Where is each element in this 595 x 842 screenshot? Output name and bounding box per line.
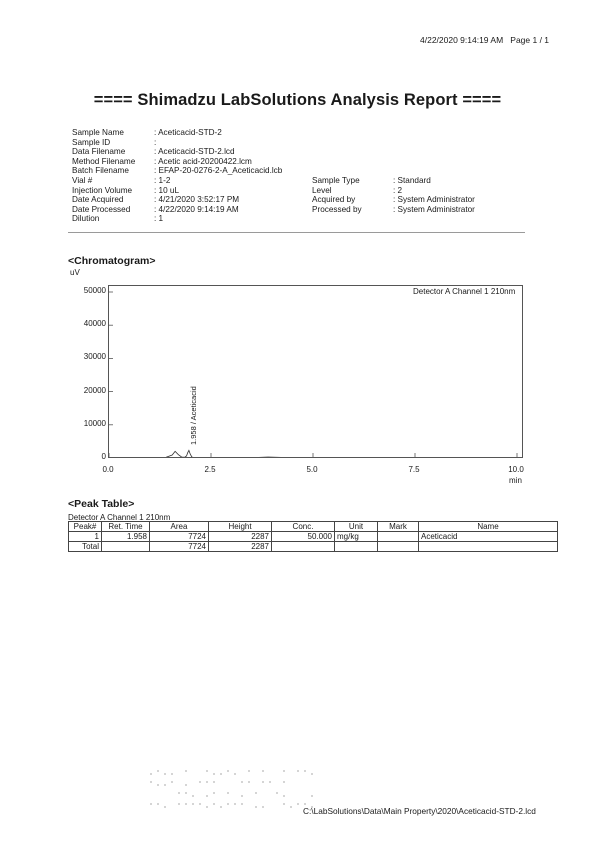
sample-info-right: Sample Type: StandardLevel: 2Acquired by… (312, 176, 475, 214)
print-timestamp-header: 4/22/2020 9:14:19 AM Page 1 / 1 (420, 35, 549, 45)
info-label: Sample ID (72, 138, 154, 148)
info-value: : Aceticacid-STD-2 (154, 128, 222, 138)
watermark-dot (262, 806, 264, 808)
info-row: Injection Volume: 10 uL (72, 186, 282, 196)
info-row: Sample ID: (72, 138, 282, 148)
watermark-dot (213, 781, 215, 783)
detector-label: Detector A Channel 1 210nm (413, 287, 515, 296)
watermark-dot (199, 803, 201, 805)
divider (68, 232, 525, 233)
info-row: Level: 2 (312, 186, 475, 196)
peak-table-heading: <Peak Table> (68, 498, 134, 510)
info-row: Sample Type: Standard (312, 176, 475, 186)
y-tick-label: 50000 (66, 286, 106, 295)
x-tick-label: 2.5 (204, 465, 215, 474)
watermark-dot (164, 773, 166, 775)
table-cell: Aceticacid (419, 532, 558, 542)
info-label: Sample Type (312, 176, 393, 186)
watermark-dot (206, 770, 208, 772)
watermark-dot (255, 806, 257, 808)
info-label: Level (312, 186, 393, 196)
watermark-dots (150, 770, 320, 818)
table-cell: 50.000 (272, 532, 335, 542)
y-tick-label: 40000 (66, 319, 106, 328)
info-value: : Aceticacid-STD-2.lcd (154, 147, 235, 157)
column-header: Unit (335, 522, 378, 532)
peak-table: Peak#Ret. TimeAreaHeightConc.UnitMarkNam… (68, 521, 558, 552)
watermark-dot (171, 781, 173, 783)
table-cell: 2287 (209, 532, 272, 542)
chromatogram-trace (109, 286, 522, 457)
watermark-dot (255, 792, 257, 794)
info-label: Data Filename (72, 147, 154, 157)
info-label: Processed by (312, 205, 393, 215)
watermark-dot (199, 781, 201, 783)
y-axis-unit: uV (70, 268, 80, 277)
info-row: Vial #: 1-2 (72, 176, 282, 186)
watermark-dot (164, 784, 166, 786)
x-tick-label: 10.0 (508, 465, 524, 474)
table-cell: Total (69, 542, 102, 552)
column-header: Mark (378, 522, 419, 532)
info-label: Sample Name (72, 128, 154, 138)
total-row: Total77242287 (69, 542, 558, 552)
table-cell: 1 (69, 532, 102, 542)
watermark-dot (185, 792, 187, 794)
info-value: : 2 (393, 186, 402, 196)
watermark-dot (157, 784, 159, 786)
info-row: Date Acquired: 4/21/2020 3:52:17 PM (72, 195, 282, 205)
y-tick-label: 20000 (66, 386, 106, 395)
info-row: Processed by: System Administrator (312, 205, 475, 215)
y-tick-label: 30000 (66, 352, 106, 361)
info-label: Date Acquired (72, 195, 154, 205)
table-cell (378, 542, 419, 552)
info-label: Injection Volume (72, 186, 154, 196)
column-header: Peak# (69, 522, 102, 532)
info-row: Acquired by: System Administrator (312, 195, 475, 205)
watermark-dot (157, 770, 159, 772)
watermark-dot (213, 773, 215, 775)
info-value: : 1-2 (154, 176, 170, 186)
chromatogram-heading: <Chromatogram> (68, 255, 156, 267)
watermark-dot (227, 803, 229, 805)
watermark-dot (178, 803, 180, 805)
watermark-dot (297, 770, 299, 772)
table-cell: 1.958 (102, 532, 150, 542)
column-header: Area (150, 522, 209, 532)
info-value: : 1 (154, 214, 163, 224)
watermark-dot (150, 803, 152, 805)
watermark-dot (283, 770, 285, 772)
watermark-dot (157, 803, 159, 805)
table-cell: 2287 (209, 542, 272, 552)
info-label: Method Filename (72, 157, 154, 167)
peak-table-header: Peak#Ret. TimeAreaHeightConc.UnitMarkNam… (69, 522, 558, 532)
watermark-dot (241, 781, 243, 783)
watermark-dot (248, 781, 250, 783)
watermark-dot (276, 792, 278, 794)
watermark-dot (234, 803, 236, 805)
watermark-dot (262, 781, 264, 783)
info-value: : EFAP-20-0276-2-A_Aceticacid.lcb (154, 166, 282, 176)
watermark-dot (192, 803, 194, 805)
watermark-dot (304, 803, 306, 805)
column-header: Height (209, 522, 272, 532)
table-cell: 7724 (150, 542, 209, 552)
watermark-dot (220, 773, 222, 775)
print-timestamp: 4/22/2020 9:14:19 AM (420, 35, 503, 45)
info-label: Vial # (72, 176, 154, 186)
info-row: Sample Name: Aceticacid-STD-2 (72, 128, 282, 138)
watermark-dot (304, 770, 306, 772)
table-row: 11.9587724228750.000mg/kgAceticacid (69, 532, 558, 542)
table-cell (272, 542, 335, 552)
watermark-dot (283, 803, 285, 805)
table-cell: 7724 (150, 532, 209, 542)
info-row: Data Filename: Aceticacid-STD-2.lcd (72, 147, 282, 157)
watermark-dot (185, 770, 187, 772)
table-cell (419, 542, 558, 552)
table-cell (102, 542, 150, 552)
page-number: Page 1 / 1 (510, 35, 549, 45)
info-label: Batch Filename (72, 166, 154, 176)
watermark-dot (171, 773, 173, 775)
watermark-dot (185, 803, 187, 805)
report-title: ==== Shimadzu LabSolutions Analysis Repo… (0, 91, 595, 110)
watermark-dot (248, 770, 250, 772)
info-value: : (154, 138, 156, 148)
watermark-dot (150, 781, 152, 783)
table-cell: mg/kg (335, 532, 378, 542)
watermark-dot (227, 770, 229, 772)
table-cell (378, 532, 419, 542)
column-header: Name (419, 522, 558, 532)
x-tick-label: 0.0 (102, 465, 113, 474)
info-value: : 10 uL (154, 186, 179, 196)
info-row: Method Filename: Acetic acid-20200422.lc… (72, 157, 282, 167)
watermark-dot (283, 795, 285, 797)
watermark-dot (206, 795, 208, 797)
watermark-dot (220, 806, 222, 808)
info-label: Dilution (72, 214, 154, 224)
y-tick-label: 0 (66, 452, 106, 461)
watermark-dot (311, 795, 313, 797)
watermark-dot (185, 784, 187, 786)
info-value: : 4/21/2020 3:52:17 PM (154, 195, 239, 205)
watermark-dot (227, 792, 229, 794)
x-tick-label: 5.0 (306, 465, 317, 474)
info-row: Batch Filename: EFAP-20-0276-2-A_Acetica… (72, 166, 282, 176)
x-tick-label: 7.5 (408, 465, 419, 474)
watermark-dot (283, 781, 285, 783)
info-value: : System Administrator (393, 205, 475, 215)
watermark-dot (290, 806, 292, 808)
info-label: Date Processed (72, 205, 154, 215)
watermark-dot (213, 792, 215, 794)
watermark-dot (269, 781, 271, 783)
watermark-dot (206, 806, 208, 808)
watermark-dot (297, 803, 299, 805)
watermark-dot (164, 806, 166, 808)
watermark-dot (192, 795, 194, 797)
watermark-dot (262, 770, 264, 772)
info-value: : System Administrator (393, 195, 475, 205)
x-axis-unit: min (509, 476, 522, 485)
info-value: : Acetic acid-20200422.lcm (154, 157, 252, 167)
y-tick-label: 10000 (66, 419, 106, 428)
peak-annotation: 1.958 / Aceticacid (189, 386, 198, 445)
info-value: : 4/22/2020 9:14:19 AM (154, 205, 239, 215)
column-header: Ret. Time (102, 522, 150, 532)
watermark-dot (311, 773, 313, 775)
sample-info-left: Sample Name: Aceticacid-STD-2Sample ID:D… (72, 128, 282, 224)
watermark-dot (241, 803, 243, 805)
info-row: Date Processed: 4/22/2020 9:14:19 AM (72, 205, 282, 215)
watermark-dot (178, 792, 180, 794)
chromatogram-plot (108, 285, 523, 458)
data-file-path: C:\LabSolutions\Data\Main Property\2020\… (303, 806, 536, 816)
table-cell (335, 542, 378, 552)
watermark-dot (241, 795, 243, 797)
info-label: Acquired by (312, 195, 393, 205)
watermark-dot (150, 773, 152, 775)
watermark-dot (206, 781, 208, 783)
info-value: : Standard (393, 176, 431, 186)
column-header: Conc. (272, 522, 335, 532)
info-row: Dilution: 1 (72, 214, 282, 224)
watermark-dot (213, 803, 215, 805)
watermark-dot (234, 773, 236, 775)
